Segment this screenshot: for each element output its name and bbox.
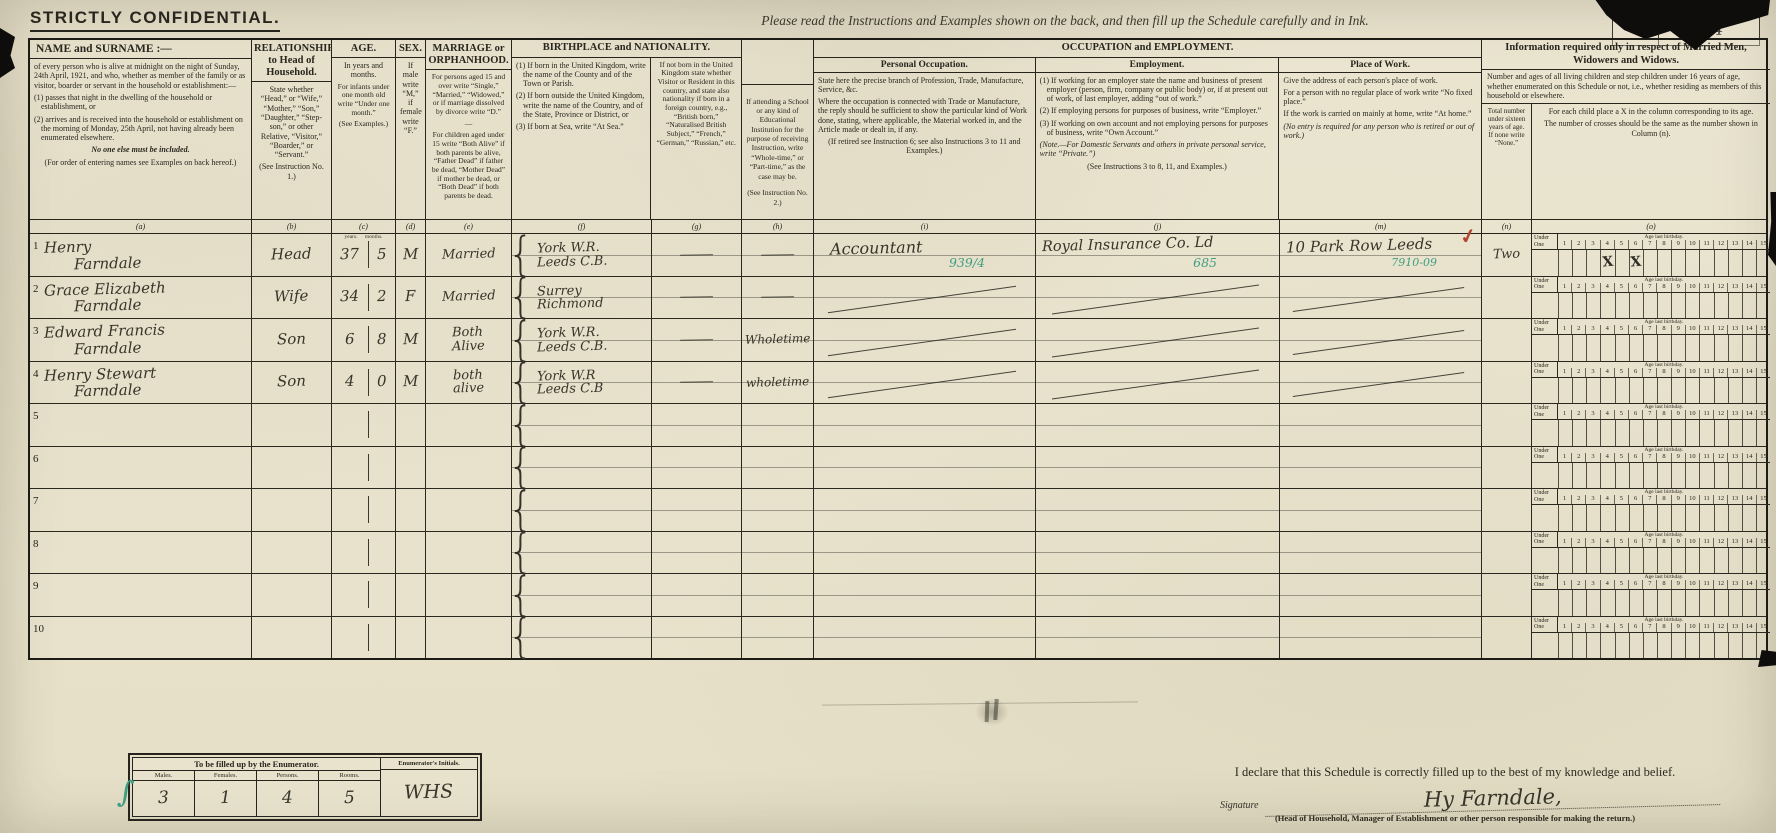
table-row: 8{Under OneAge last birthday.12345678910…	[30, 532, 1766, 575]
age-cell	[1572, 463, 1586, 489]
age-cell	[1643, 293, 1657, 319]
age-cell	[1657, 548, 1671, 574]
age-col-label: 8	[1656, 495, 1670, 504]
age-col-label: 11	[1699, 538, 1713, 547]
child-age-x-mark: X	[1602, 254, 1614, 271]
cell-relationship	[252, 617, 332, 659]
age-cell	[1714, 378, 1728, 404]
cell-nationality	[652, 574, 742, 616]
age-cell	[1558, 590, 1572, 616]
age-cell	[1714, 250, 1728, 276]
age-cell	[1756, 463, 1770, 489]
col-n-body: Total number under sixteen years of age.…	[1482, 104, 1531, 154]
age-col-label: 2	[1571, 623, 1585, 632]
age-cell	[1714, 548, 1728, 574]
relationship-value: Wife	[274, 289, 309, 306]
cell-children-ages: Under OneAge last birthday.1234567891011…	[1532, 319, 1770, 361]
signature-note: (Head of Household, Manager of Establish…	[1150, 813, 1760, 823]
col-m-p4: (No entry is required for any person who…	[1283, 122, 1477, 141]
marriage-value: Married	[442, 290, 496, 304]
age-col-label: 15	[1756, 240, 1770, 249]
under-one-label: Under One	[1532, 447, 1558, 462]
age-col-label: 1	[1558, 368, 1571, 377]
age-col-label: 3	[1585, 623, 1599, 632]
ages-numbers-row: 123456789101112131415	[1558, 453, 1770, 462]
cell-age: 68	[332, 319, 396, 361]
cell-birthplace: {York W.RLeeds C.B	[512, 362, 652, 404]
col-a-p3: (2) arrives and is received into the hou…	[34, 115, 247, 143]
age-col-label: 11	[1699, 368, 1713, 377]
age-cell	[1699, 633, 1713, 659]
age-months-cell	[368, 489, 395, 531]
age-col-label: 14	[1742, 623, 1756, 632]
col-header-marriage: MARRIAGE or ORPHANHOOD. For persons aged…	[426, 40, 512, 219]
ages-grid-body	[1532, 505, 1770, 531]
enumerator-initials-label: Enumerator's Initials.	[381, 758, 477, 770]
age-col-label: 11	[1699, 623, 1713, 632]
marriage-line2: alive	[453, 382, 484, 396]
age-cell	[1742, 378, 1756, 404]
ages-grid-header-right: Age last birthday.123456789101112131415	[1558, 277, 1770, 292]
age-cell-under-one	[1532, 548, 1558, 574]
cell-employment: Royal Insurance Co. Ld685	[1036, 234, 1280, 276]
age-col-label: 15	[1756, 453, 1770, 462]
age-col-label: 14	[1742, 410, 1756, 419]
age-cell	[1685, 548, 1699, 574]
age-col-label: 13	[1727, 283, 1741, 292]
age-cell-under-one	[1532, 335, 1558, 361]
age-col-label: 10	[1685, 453, 1699, 462]
age-months-cell	[368, 532, 395, 574]
age-cell	[1728, 633, 1742, 659]
cell-relationship: Head	[252, 234, 332, 276]
ages-numbers-row: 123456789101112131415	[1558, 283, 1770, 292]
cell-name: 6	[30, 447, 252, 489]
age-col-label: 4	[1600, 495, 1614, 504]
col-header-relationship: RELATIONSHIP to Head of Household. State…	[252, 40, 332, 219]
age-years-value: 6	[345, 332, 355, 348]
col-header-children-ages: For each child place a X in the column c…	[1532, 104, 1770, 219]
age-cell	[1629, 378, 1643, 404]
declaration-text: I declare that this Schedule is correctl…	[1150, 765, 1760, 780]
age-col-label: 8	[1656, 283, 1670, 292]
relationship-value: Head	[271, 246, 312, 263]
age-col-label: 11	[1699, 410, 1713, 419]
cell-children-total	[1482, 277, 1532, 319]
age-col-label: 12	[1713, 580, 1727, 589]
cell-nationality: —	[652, 362, 742, 404]
age-col-label: 12	[1713, 240, 1727, 249]
col-i-p3: (If retired see Instruction 6; see also …	[818, 137, 1031, 156]
nationality-value: —	[678, 289, 715, 305]
enumerator-initials-cell: WHS	[381, 770, 477, 816]
pen-stroke	[1293, 330, 1464, 355]
cell-birthplace: {	[512, 489, 652, 531]
table-rows: 1HenryFarndaleHeadyears. months.375MMarr…	[30, 234, 1766, 658]
cell-education: —	[742, 234, 814, 276]
age-col-label: 12	[1713, 623, 1727, 632]
age-col-label: 12	[1713, 283, 1727, 292]
age-cell	[1586, 633, 1600, 659]
age-cell-under-one	[1532, 505, 1558, 531]
age-col-label: 13	[1727, 325, 1741, 334]
age-col-label: 3	[1585, 240, 1599, 249]
age-col-label: 6	[1628, 495, 1642, 504]
row-number: 1	[33, 240, 39, 252]
age-col-label: 5	[1614, 538, 1628, 547]
age-col-label: 8	[1656, 623, 1670, 632]
col-d-title: SEX.	[396, 40, 425, 58]
col-m-subtitle: Place of Work.	[1279, 58, 1481, 73]
age-cell	[1699, 548, 1713, 574]
age-col-label: 14	[1742, 453, 1756, 462]
age-cell	[1685, 335, 1699, 361]
age-cell	[1615, 590, 1629, 616]
age-col-label: 15	[1756, 538, 1770, 547]
cell-children-total	[1482, 447, 1532, 489]
cell-employment	[1036, 362, 1280, 404]
age-col-label: 1	[1558, 453, 1571, 462]
cell-place-of-work	[1280, 404, 1482, 446]
table-row: 1HenryFarndaleHeadyears. months.375MMarr…	[30, 234, 1766, 277]
age-cell	[1643, 633, 1657, 659]
age-cell	[1714, 590, 1728, 616]
col-g-body: If not born in the United Kingdom state …	[651, 58, 741, 154]
col-j-p1: (1) If working for an employer state the…	[1040, 76, 1275, 104]
letter-o: (o)	[1532, 220, 1770, 233]
age-col-label: 1	[1558, 623, 1571, 632]
row-number: 5	[33, 410, 39, 422]
age-col-label: 8	[1656, 368, 1670, 377]
age-col-label: 8	[1656, 240, 1670, 249]
age-cell	[1657, 378, 1671, 404]
table-header: NAME and SURNAME :— of every person who …	[30, 40, 1766, 220]
col-f-p1: (1) If born in the United Kingdom, write…	[516, 61, 646, 89]
ages-numbers-row: 123456789101112131415	[1558, 240, 1770, 249]
child-age-x-mark: X	[1630, 254, 1642, 271]
age-cell	[1671, 335, 1685, 361]
col-o-p2: The number of crosses should be the same…	[1536, 119, 1766, 138]
age-cell	[1671, 633, 1685, 659]
col-j-p4: (Note.—For Domestic Servants and others …	[1040, 140, 1275, 159]
age-col-label: 14	[1742, 325, 1756, 334]
col-e-divider: —	[430, 120, 507, 129]
age-col-label: 5	[1614, 453, 1628, 462]
under-one-label: Under One	[1532, 234, 1558, 249]
age-col-label: 4	[1600, 623, 1614, 632]
age-col-label: 2	[1571, 495, 1585, 504]
age-col-label: 15	[1756, 495, 1770, 504]
age-col-label: 10	[1685, 410, 1699, 419]
rooms-value: 5	[344, 789, 355, 807]
age-col-label: 15	[1756, 283, 1770, 292]
age-cell	[1756, 378, 1770, 404]
age-cell	[1756, 548, 1770, 574]
cell-birthplace: {	[512, 617, 652, 659]
age-cell	[1671, 420, 1685, 446]
children-total-value: Two	[1493, 248, 1521, 262]
age-col-label: 8	[1656, 453, 1670, 462]
col-header-occupation: Personal Occupation. State here the prec…	[814, 58, 1036, 219]
age-col-label: 14	[1742, 368, 1756, 377]
ages-grid-header: Under OneAge last birthday.1234567891011…	[1532, 617, 1770, 633]
cell-children-ages: Under OneAge last birthday.1234567891011…	[1532, 277, 1770, 319]
sex-value: F	[405, 289, 416, 305]
occupation-code-green: 939/4	[949, 255, 985, 270]
age-cell	[1728, 463, 1742, 489]
table-row: 10{Under OneAge last birthday.1234567891…	[30, 617, 1766, 659]
cell-employment	[1036, 532, 1280, 574]
cell-relationship	[252, 574, 332, 616]
age-col-label: 6	[1628, 580, 1642, 589]
cell-age: years. months.375	[332, 234, 396, 276]
age-cell	[1657, 250, 1671, 276]
age-cell	[1572, 505, 1586, 531]
col-j-body: (1) If working for an employer state the…	[1036, 73, 1279, 177]
age-cell	[1629, 335, 1643, 361]
cell-name: 2Grace ElizabethFarndale	[30, 277, 252, 319]
age-col-label: 3	[1585, 538, 1599, 547]
cell-birthplace: {	[512, 447, 652, 489]
ages-grid-body	[1532, 590, 1770, 616]
letter-a: (a)	[30, 220, 252, 233]
relationship-value: Son	[277, 331, 306, 348]
table-row: 9{Under OneAge last birthday.12345678910…	[30, 574, 1766, 617]
age-cell	[1586, 420, 1600, 446]
cell-place-of-work	[1280, 319, 1482, 361]
col-c-body: In years and months. For infants under o…	[332, 58, 395, 135]
name-line2: Farndale	[74, 380, 251, 400]
cell-age	[332, 404, 396, 446]
age-col-label: 1	[1558, 495, 1571, 504]
cell-occupation	[814, 447, 1036, 489]
cell-nationality	[652, 532, 742, 574]
married-info-banner: Information required only in respect of …	[1482, 40, 1770, 70]
name-line2: Farndale	[74, 295, 251, 315]
occupation-employment-sub: Personal Occupation. State here the prec…	[814, 58, 1481, 219]
letter-n: (n)	[1482, 220, 1532, 233]
age-cell	[1699, 463, 1713, 489]
cell-name: 1HenryFarndale	[30, 234, 252, 276]
cell-birthplace: {	[512, 574, 652, 616]
age-cell	[1728, 590, 1742, 616]
ages-grid-header-right: Age last birthday.123456789101112131415	[1558, 617, 1770, 632]
cell-birthplace: {	[512, 532, 652, 574]
fill-instruction-line: Please read the Instructions and Example…	[545, 13, 1585, 29]
age-col-label: 4	[1600, 240, 1614, 249]
cell-marriage	[426, 404, 512, 446]
cell-employment	[1036, 574, 1280, 616]
age-cell	[1600, 378, 1614, 404]
age-cell	[1756, 250, 1770, 276]
pen-stroke	[1052, 370, 1259, 400]
age-col-label: 15	[1756, 368, 1770, 377]
cell-birthplace: {SurreyRichmond	[512, 277, 652, 319]
age-cell	[1728, 548, 1742, 574]
age-cell	[1699, 505, 1713, 531]
cell-age	[332, 574, 396, 616]
declaration-block: I declare that this Schedule is correctl…	[1150, 765, 1760, 823]
col-group-birthplace-nationality: BIRTHPLACE and NATIONALITY. (1) If born …	[512, 40, 742, 219]
education-value: wholetime	[746, 375, 810, 389]
age-col-label: 11	[1699, 495, 1713, 504]
cell-education	[742, 617, 814, 659]
age-cell	[1714, 335, 1728, 361]
cell-sex	[396, 447, 426, 489]
col-b-body: State whether “Head,” or “Wife,” “Mother…	[252, 82, 331, 187]
age-cell	[1699, 250, 1713, 276]
age-cell	[1615, 293, 1629, 319]
birthplace-lines: York W.R.Leeds C.B.	[533, 326, 651, 353]
birthplace-line2: Leeds C.B	[537, 381, 651, 398]
age-cell	[1572, 548, 1586, 574]
col-h-p1: If attending a School or any kind of Edu…	[745, 97, 810, 181]
age-cell	[1558, 378, 1572, 404]
age-col-label: 11	[1699, 283, 1713, 292]
persons-label: Persons.	[257, 771, 319, 780]
age-cell	[1714, 463, 1728, 489]
age-months-cell: 5	[368, 234, 395, 276]
cell-children-total	[1482, 404, 1532, 446]
birthplace-lines: York W.R.Leeds C.B.	[533, 241, 651, 268]
ages-grid-header-right: Age last birthday.123456789101112131415	[1558, 404, 1770, 419]
age-cell: X	[1600, 250, 1614, 276]
age-cell	[1615, 463, 1629, 489]
age-cell	[1657, 420, 1671, 446]
age-col-label: 7	[1642, 240, 1656, 249]
ages-grid-header: Under OneAge last birthday.1234567891011…	[1532, 319, 1770, 335]
age-col-label: 3	[1585, 325, 1599, 334]
age-col-label: 13	[1727, 240, 1741, 249]
col-a-p4: No one else must be included.	[34, 145, 247, 154]
show-through-mark	[985, 701, 989, 722]
age-col-label: 14	[1742, 283, 1756, 292]
age-col-label: 9	[1671, 325, 1685, 334]
age-cell	[1586, 293, 1600, 319]
age-col-label: 4	[1600, 580, 1614, 589]
age-cell	[1629, 548, 1643, 574]
age-cell	[1728, 250, 1742, 276]
age-col-label: 9	[1671, 623, 1685, 632]
row-number: 10	[33, 623, 44, 635]
marriage-line2: Alive	[452, 339, 485, 353]
age-col-label: 2	[1571, 283, 1585, 292]
cell-nationality	[652, 447, 742, 489]
age-cell	[1615, 633, 1629, 659]
col-e-p1: For persons aged 15 and over write “Sing…	[430, 73, 507, 116]
col-e-p2: For children aged under 15 write “Both A…	[430, 131, 507, 201]
age-cell	[1600, 548, 1614, 574]
age-months-value: 5	[377, 247, 387, 263]
table-row: 7{Under OneAge last birthday.12345678910…	[30, 489, 1766, 532]
col-header-name: NAME and SURNAME :— of every person who …	[30, 40, 252, 219]
married-info-sub: Total number under sixteen years of age.…	[1482, 104, 1770, 219]
age-cell	[1685, 293, 1699, 319]
rooms-value-cell: 5	[319, 781, 380, 816]
age-col-label: 8	[1656, 410, 1670, 419]
place-of-work-code-green: 7910-09	[1391, 256, 1437, 269]
letter-c: (c)	[332, 220, 396, 233]
age-col-label: 7	[1642, 495, 1656, 504]
col-group-married-info: Information required only in respect of …	[1482, 40, 1770, 219]
col-m-p3: If the work is carried on mainly at home…	[1283, 109, 1477, 118]
under-one-label: Under One	[1532, 319, 1558, 334]
cell-name: 3Edward FrancisFarndale	[30, 319, 252, 361]
age-cell	[1586, 548, 1600, 574]
age-cell	[1643, 590, 1657, 616]
cell-place-of-work: 10 Park Row Leeds7910-09✓	[1280, 234, 1482, 276]
age-cell	[1714, 420, 1728, 446]
letter-j: (j)	[1036, 220, 1280, 233]
table-row: 4Henry StewartFarndaleSon40Mbothalive{Yo…	[30, 362, 1766, 405]
females-value: 1	[220, 789, 231, 807]
col-b-title: RELATIONSHIP to Head of Household.	[252, 40, 331, 82]
under-one-label: Under One	[1532, 277, 1558, 292]
age-cell	[1600, 335, 1614, 361]
age-years-cell: 34	[332, 277, 368, 319]
age-cell	[1600, 293, 1614, 319]
col-j-p5: (See Instructions 3 to 8, 11, and Exampl…	[1040, 162, 1275, 171]
cell-children-ages: Under OneAge last birthday.1234567891011…	[1532, 532, 1770, 574]
ages-grid-body: XX	[1532, 250, 1770, 276]
age-col-label: 1	[1558, 538, 1571, 547]
married-info-paragraph: Number and ages of all living children a…	[1482, 70, 1770, 104]
col-i-p2: Where the occupation is connected with T…	[818, 97, 1031, 134]
age-col-label: 5	[1614, 410, 1628, 419]
age-cell	[1699, 590, 1713, 616]
letter-d: (d)	[396, 220, 426, 233]
age-cell	[1629, 293, 1643, 319]
col-i-subtitle: Personal Occupation.	[814, 58, 1035, 73]
signature-value: Hy Farndale,	[1264, 781, 1720, 817]
age-cell	[1685, 505, 1699, 531]
age-cell	[1671, 250, 1685, 276]
cell-sex	[396, 532, 426, 574]
col-header-children-total: Total number under sixteen years of age.…	[1482, 104, 1532, 219]
age-cell	[1643, 378, 1657, 404]
males-value: 3	[158, 789, 169, 807]
age-col-label: 2	[1571, 580, 1585, 589]
col-b-p2: (See Instruction No. 1.)	[256, 162, 327, 181]
pen-stroke	[828, 286, 1016, 313]
cell-marriage	[426, 447, 512, 489]
cell-children-ages: Under OneAge last birthday.1234567891011…	[1532, 362, 1770, 404]
col-f-p2: (2) If born outside the United Kingdom, …	[516, 91, 646, 119]
age-col-label: 6	[1628, 538, 1642, 547]
employment-code-green: 685	[1193, 255, 1217, 270]
age-cell	[1657, 463, 1671, 489]
col-e-body: For persons aged 15 and over write “Sing…	[426, 70, 511, 207]
age-cell	[1558, 420, 1572, 446]
age-col-label: 15	[1756, 410, 1770, 419]
age-col-label: 15	[1756, 580, 1770, 589]
under-one-label: Under One	[1532, 404, 1558, 419]
age-years-cell	[332, 489, 368, 531]
col-a-p5: (For order of entering names see Example…	[34, 158, 247, 167]
age-col-label: 13	[1727, 623, 1741, 632]
ages-numbers-row: 123456789101112131415	[1558, 495, 1770, 504]
col-m-body: Give the address of each person's place …	[1279, 73, 1481, 147]
age-col-label: 11	[1699, 580, 1713, 589]
age-months-value: 0	[377, 374, 387, 390]
age-months-value: 2	[377, 289, 387, 305]
age-col-label: 7	[1642, 623, 1656, 632]
col-d-p1: If male write “M,” if female write “F.”	[400, 61, 421, 135]
age-years-cell	[332, 574, 368, 616]
age-cell	[1699, 335, 1713, 361]
cell-name: 4Henry StewartFarndale	[30, 362, 252, 404]
col-f-p3: (3) If born at Sea, write “At Sea.”	[516, 122, 646, 131]
